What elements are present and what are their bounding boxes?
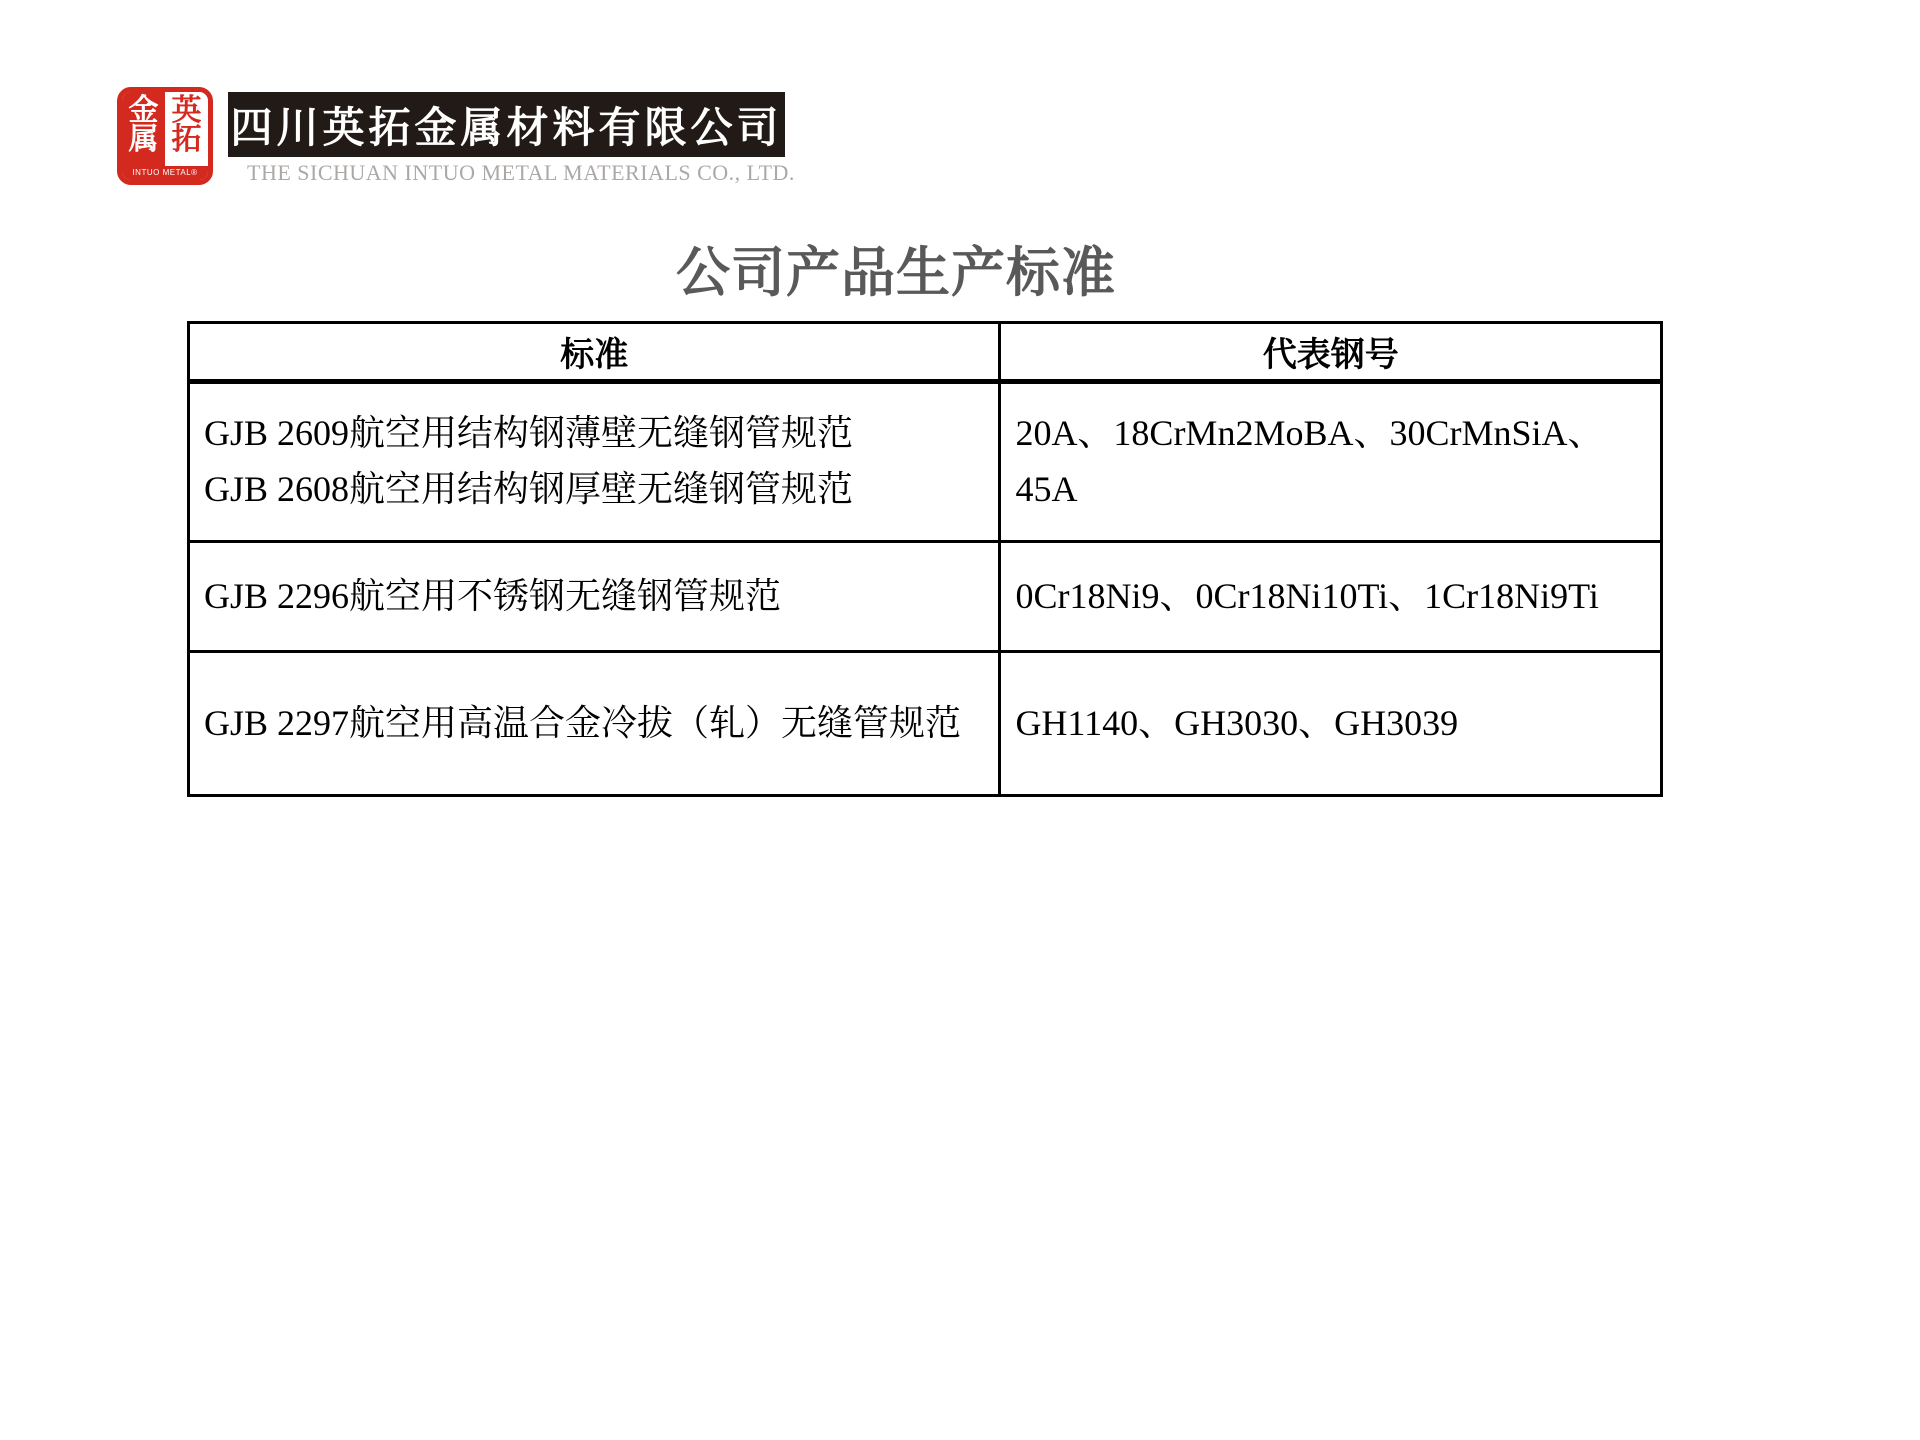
header-standard: 标准 [190, 324, 1001, 379]
table-row: GJB 2297航空用高温合金冷拔（轧）无缝管规范 GH1140、GH3030、… [190, 650, 1660, 794]
table-header-row: 标准 代表钢号 [190, 324, 1660, 384]
company-name-banner: 四川英拓金属材料有限公司 [228, 92, 785, 157]
page-title: 公司产品生产标准 [0, 230, 1792, 307]
grades-cell: 20A、18CrMn2MoBA、30CrMnSiA、45A [1001, 384, 1660, 540]
header-representative-grades: 代表钢号 [1001, 324, 1660, 379]
company-seal-logo: 金属 英拓 INTUO METAL® [117, 87, 213, 185]
standard-cell: GJB 2609航空用结构钢薄壁无缝钢管规范 GJB 2608航空用结构钢厚壁无… [190, 384, 1001, 540]
table-body: GJB 2609航空用结构钢薄壁无缝钢管规范 GJB 2608航空用结构钢厚壁无… [190, 384, 1660, 794]
standard-cell: GJB 2297航空用高温合金冷拔（轧）无缝管规范 [190, 653, 1001, 794]
production-standards-table: 标准 代表钢号 GJB 2609航空用结构钢薄壁无缝钢管规范 GJB 2608航… [187, 321, 1663, 797]
table-row: GJB 2296航空用不锈钢无缝钢管规范 0Cr18Ni9、0Cr18Ni10T… [190, 540, 1660, 650]
table-row: GJB 2609航空用结构钢薄壁无缝钢管规范 GJB 2608航空用结构钢厚壁无… [190, 384, 1660, 540]
grades-cell: 0Cr18Ni9、0Cr18Ni10Ti、1Cr18Ni9Ti [1001, 543, 1660, 650]
grades-cell: GH1140、GH3030、GH3039 [1001, 653, 1660, 794]
company-name-english: THE SICHUAN INTUO METAL MATERIALS CO., L… [247, 160, 847, 186]
seal-left-chars: 金属 [122, 92, 165, 166]
seal-caption: INTUO METAL® [122, 166, 208, 180]
seal-right-chars: 英拓 [165, 92, 208, 166]
seal-characters: 金属 英拓 [122, 92, 208, 166]
standard-cell: GJB 2296航空用不锈钢无缝钢管规范 [190, 543, 1001, 650]
